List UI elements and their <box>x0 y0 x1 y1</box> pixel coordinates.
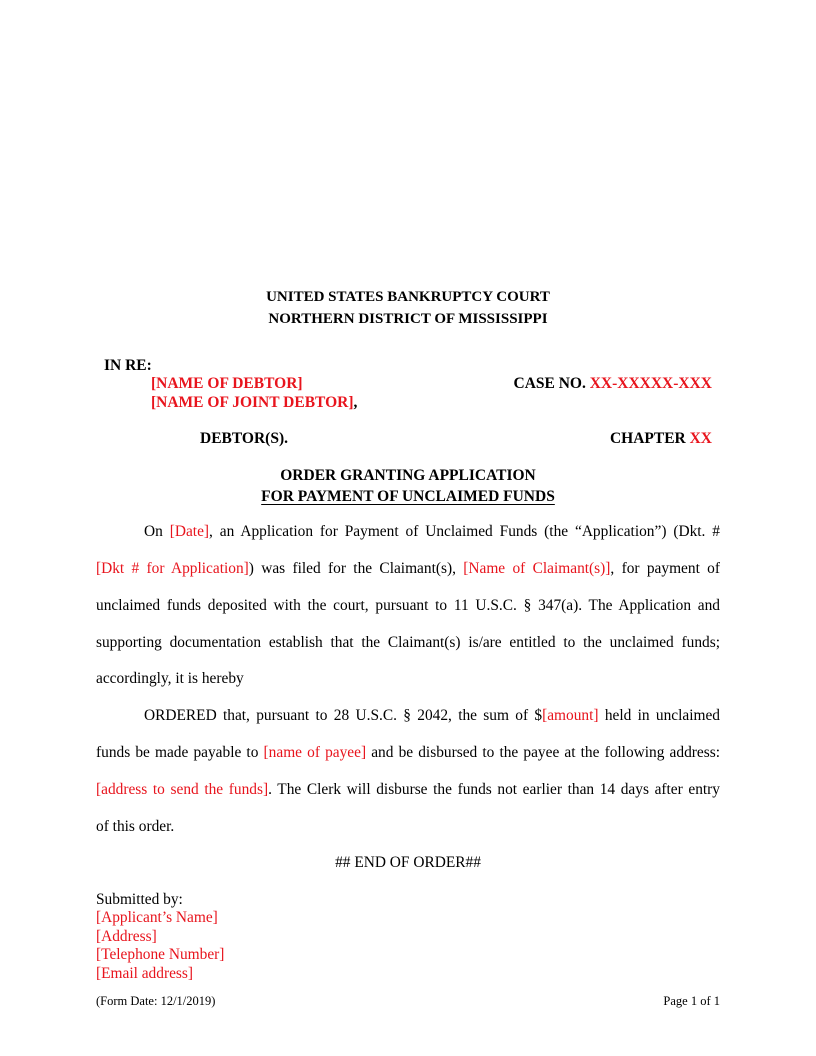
paragraph2-line2: funds be made payable to [name of payee]… <box>96 744 720 762</box>
case-number: CASE NO. XX-XXXXX-XXX <box>514 375 713 393</box>
court-name: UNITED STATES BANKRUPTCY COURT <box>0 289 816 306</box>
paragraph2-line1: ORDERED that, pursuant to 28 U.S.C. § 20… <box>96 707 720 725</box>
paragraph1-line4: supporting documentation establish that … <box>96 634 720 652</box>
paragraph1-line2: [Dkt # for Application]) was filed for t… <box>96 560 720 578</box>
claimant-placeholder: [Name of Claimant(s)] <box>463 560 610 577</box>
telephone-placeholder: [Telephone Number] <box>96 946 224 964</box>
date-placeholder: [Date] <box>170 523 209 540</box>
amount-placeholder: [amount] <box>542 707 598 724</box>
docket-placeholder: [Dkt # for Application] <box>96 560 249 577</box>
chapter: CHAPTER XX <box>610 430 712 448</box>
payee-placeholder: [name of payee] <box>264 744 367 761</box>
email-placeholder: [Email address] <box>96 965 193 983</box>
joint-debtor-line: [NAME OF JOINT DEBTOR], <box>151 394 357 412</box>
debtor-name-placeholder: [NAME OF DEBTOR] <box>151 375 303 393</box>
paragraph1-line3: unclaimed funds deposited with the court… <box>96 597 720 615</box>
paragraph2-line4: of this order. <box>96 818 720 836</box>
submitted-by-label: Submitted by: <box>96 891 183 909</box>
order-title-line1: ORDER GRANTING APPLICATION <box>0 467 816 485</box>
paragraph1-line5: accordingly, it is hereby <box>96 670 720 688</box>
applicant-name-placeholder: [Applicant’s Name] <box>96 909 218 927</box>
address-placeholder: [address to send the funds] <box>96 781 268 798</box>
court-district: NORTHERN DISTRICT OF MISSISSIPPI <box>0 311 816 328</box>
end-of-order: ## END OF ORDER## <box>0 854 816 872</box>
applicant-address-placeholder: [Address] <box>96 928 157 946</box>
chapter-placeholder: XX <box>690 430 712 447</box>
paragraph2-line3: [address to send the funds]. The Clerk w… <box>96 781 720 799</box>
in-re-label: IN RE: <box>104 357 152 375</box>
order-title-line2: FOR PAYMENT OF UNCLAIMED FUNDS <box>0 488 816 506</box>
case-number-placeholder: XX-XXXXX-XXX <box>590 375 712 392</box>
page-number: Page 1 of 1 <box>663 994 720 1009</box>
joint-debtor-placeholder: [NAME OF JOINT DEBTOR] <box>151 394 354 411</box>
form-date: (Form Date: 12/1/2019) <box>96 994 215 1009</box>
debtors-label: DEBTOR(S). <box>200 430 288 448</box>
paragraph1-line1: On [Date], an Application for Payment of… <box>96 523 720 541</box>
